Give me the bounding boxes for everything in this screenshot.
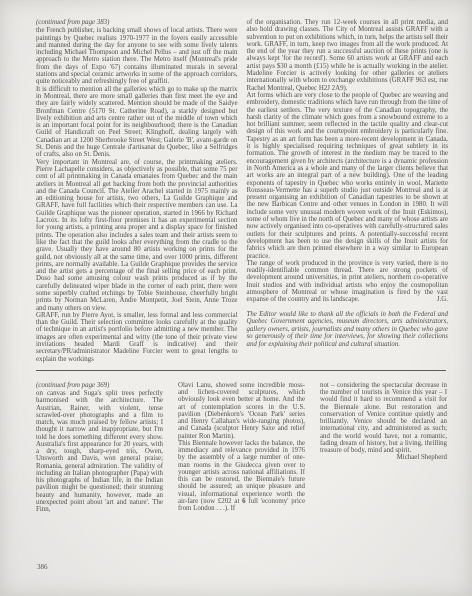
article-paragraph: of the organisation. They run 12-week co…: [247, 19, 449, 92]
closing-text: not – considering the spectacular decrea…: [320, 382, 447, 454]
bottom-article: (continued from page 369) on canvas and …: [0, 371, 472, 514]
continued-from-note: (continued from page 383): [36, 19, 238, 26]
continued-from-note: (continued from page 369): [36, 382, 163, 389]
article-paragraph: It is difficult to mention all the galle…: [36, 86, 238, 159]
editor-acknowledgement-note: The Editor would like to thank all the o…: [247, 311, 449, 349]
article-paragraph: This Biennale however lacks the balance,…: [178, 440, 305, 513]
bottom-article-column-3: not – considering the spectacular decrea…: [320, 382, 447, 514]
top-article: (continued from page 383) the French pub…: [0, 0, 472, 363]
bottom-article-column-1: (continued from page 369) on canvas and …: [36, 382, 163, 514]
author-initials: J.G.: [437, 296, 448, 303]
page-number: 386: [37, 563, 48, 571]
article-closing-paragraph: The range of work produced in the provin…: [247, 260, 449, 304]
article-closing-paragraph: not – considering the spectacular decrea…: [320, 382, 447, 455]
article-paragraph: Very important in Montreal are, of cours…: [36, 159, 238, 312]
bottom-article-column-2: Olavi Lanu, showed some incredible moss-…: [178, 382, 305, 514]
article-paragraph: on canvas and Suga's split trees perfect…: [36, 390, 163, 513]
top-article-left-column: (continued from page 383) the French pub…: [36, 19, 238, 363]
paragraph-text: This Biennale however lacks the balance,…: [178, 440, 305, 505]
article-paragraph: Art forms which are very close to the pe…: [247, 92, 449, 260]
article-paragraph: the French publisher, is backing small s…: [36, 27, 238, 85]
top-article-right-column: of the organisation. They run 12-week co…: [247, 19, 449, 363]
closing-text: The range of work produced in the provin…: [247, 260, 449, 303]
article-paragraph: GRAFF, run by Pierre Ayot, is smaller, l…: [36, 312, 238, 363]
article-paragraph: Olavi Lanu, showed some incredible moss-…: [178, 382, 305, 440]
scanned-magazine-page: (continued from page 383) the French pub…: [0, 0, 472, 596]
author-signature: Michael Shepherd: [397, 454, 447, 461]
